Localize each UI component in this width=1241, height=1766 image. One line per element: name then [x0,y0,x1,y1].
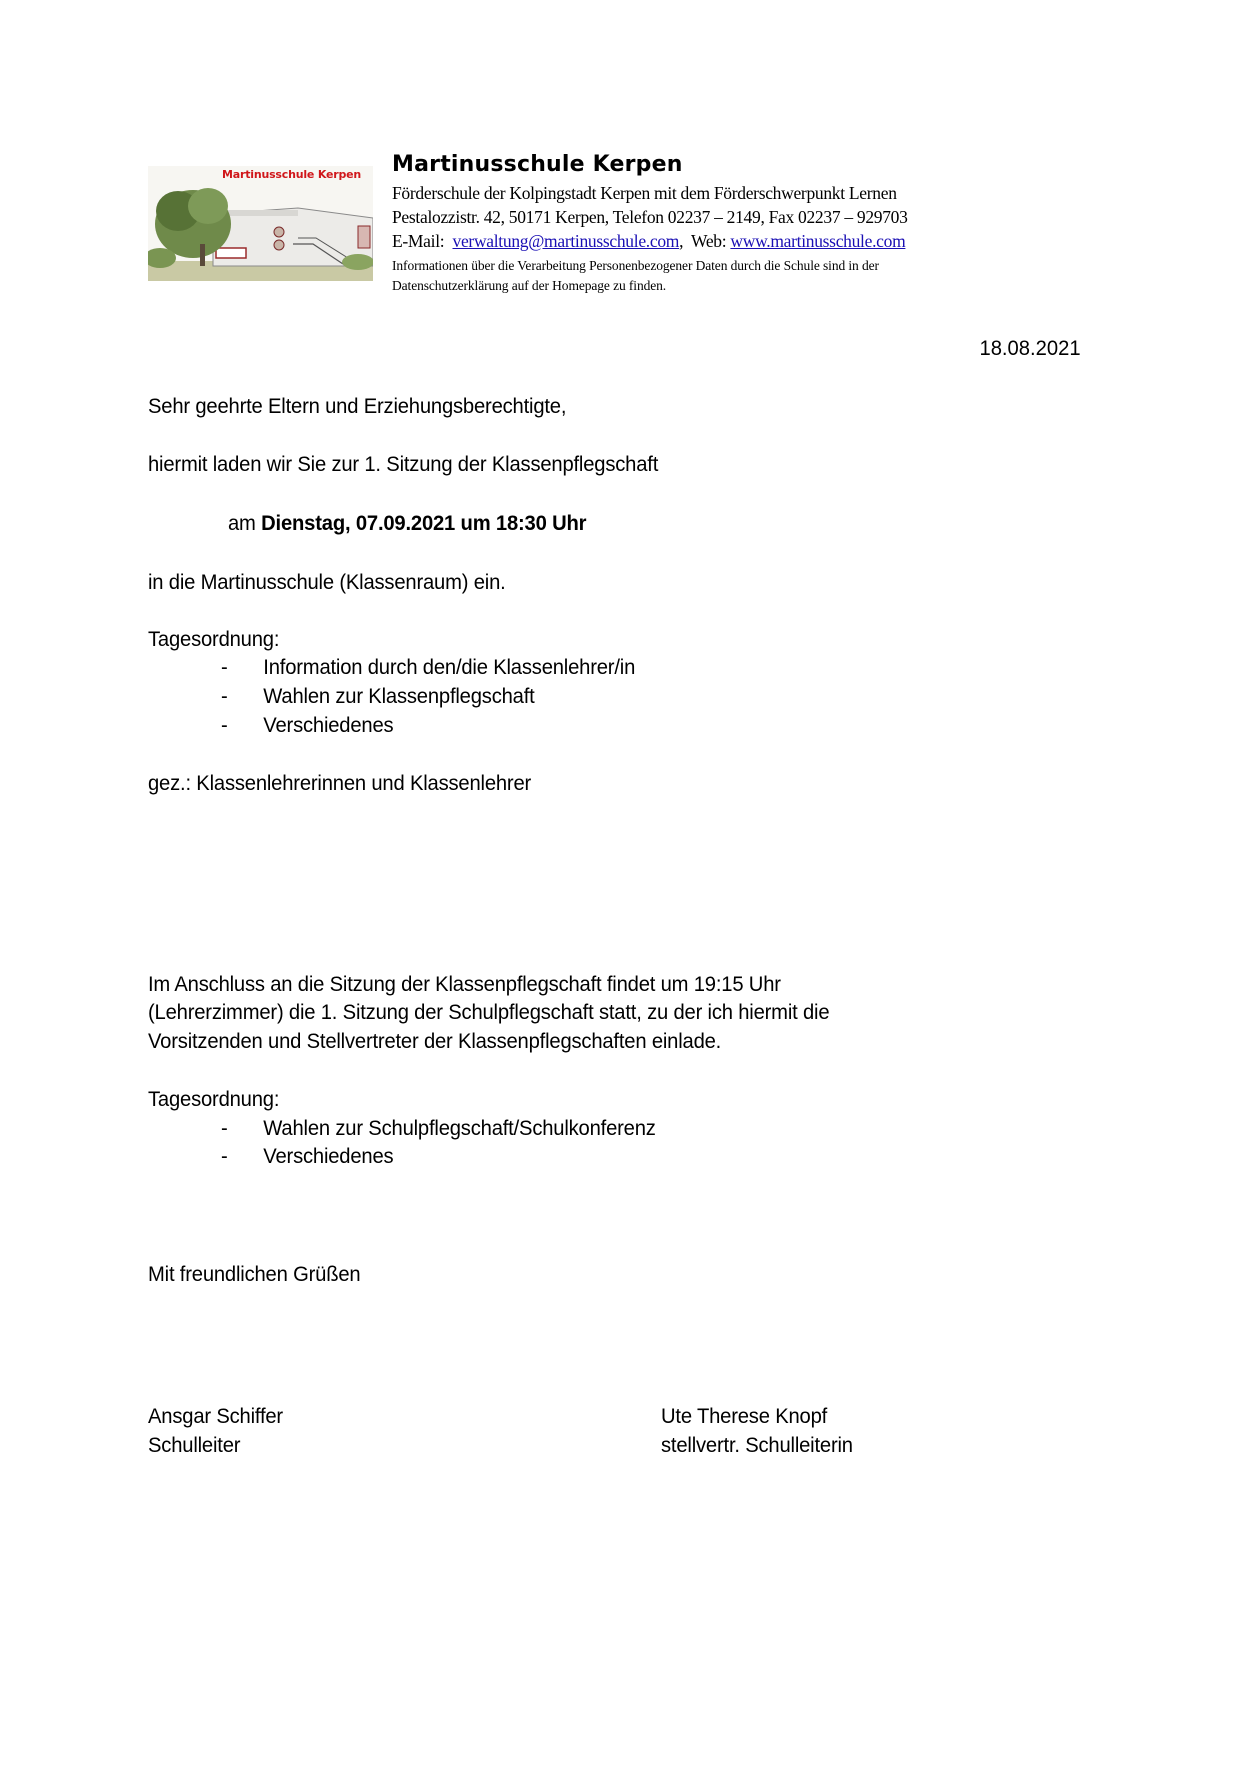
bullet-dash: - [221,655,263,680]
bullet-dash: - [221,684,263,709]
bullet-dash: - [221,1144,263,1169]
salutation: Sehr geehrte Eltern und Erziehungsberech… [148,394,566,419]
bullet-dash: - [221,1116,263,1141]
agenda2-item: -Verschiedenes [221,1144,393,1169]
meeting-prefix: am [228,511,261,535]
privacy-note-line1: Informationen über die Verarbeitung Pers… [392,258,879,274]
location-line: in die Martinusschule (Klassenraum) ein. [148,570,506,595]
logo-caption: Martinusschule Kerpen [222,168,361,181]
privacy-note-line2: Datenschutzerklärung auf der Homepage zu… [392,278,666,294]
agenda1-item: -Information durch den/die Klassenlehrer… [221,655,635,680]
signature-role-2: stellvertr. Schulleiterin [661,1433,853,1458]
email-label: E-Mail: [392,231,444,251]
web-label: Web: [691,231,726,251]
agenda1-title: Tagesordnung: [148,627,279,652]
agenda1-item: -Wahlen zur Klassenpflegschaft [221,684,535,709]
letter-date: 18.08.2021 [980,336,1081,361]
school-name: Martinusschule Kerpen [392,152,683,177]
signed-by-teachers: gez.: Klassenlehrerinnen und Klassenlehr… [148,771,531,796]
school-logo: Martinusschule Kerpen [148,166,373,281]
web-link[interactable]: www.martinusschule.com [730,231,905,251]
signature-name-2: Ute Therese Knopf [661,1404,827,1429]
closing: Mit freundlichen Grüßen [148,1262,360,1287]
followup-line: (Lehrerzimmer) die 1. Sitzung der Schulp… [148,1000,829,1025]
meeting-date: Dienstag, 07.09.2021 um 18:30 Uhr [261,511,586,535]
invitation-intro: hiermit laden wir Sie zur 1. Sitzung der… [148,452,658,477]
school-address: Pestalozzistr. 42, 50171 Kerpen, Telefon… [392,207,908,228]
contact-line: E-Mail: verwaltung@martinusschule.com, W… [392,231,905,252]
email-link[interactable]: verwaltung@martinusschule.com [453,231,680,251]
bullet-dash: - [221,713,263,738]
school-subtitle: Förderschule der Kolpingstadt Kerpen mit… [392,183,897,204]
agenda2-title: Tagesordnung: [148,1087,279,1112]
followup-line: Im Anschluss an die Sitzung der Klassenp… [148,972,781,997]
agenda2-item: -Wahlen zur Schulpflegschaft/Schulkonfer… [221,1116,656,1141]
school-building-icon [148,166,373,281]
agenda1-item: -Verschiedenes [221,713,393,738]
signature-name-1: Ansgar Schiffer [148,1404,283,1429]
signature-role-1: Schulleiter [148,1433,240,1458]
followup-line: Vorsitzenden und Stellvertreter der Klas… [148,1029,721,1054]
meeting-datetime: am Dienstag, 07.09.2021 um 18:30 Uhr [228,511,586,536]
